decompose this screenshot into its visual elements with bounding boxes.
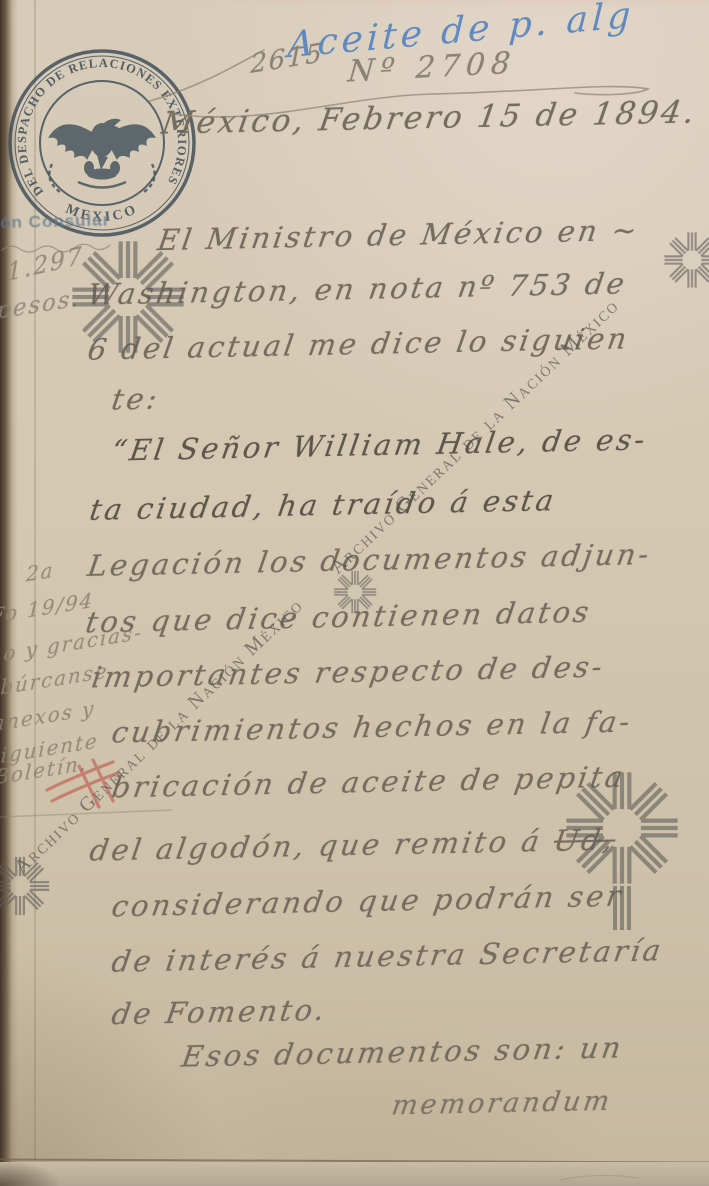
watermark-star-icon <box>664 232 709 287</box>
document-page: DEL DESPACHO DE RELACIONES EXTERIORES ME… <box>0 0 709 1186</box>
watermark-stars <box>0 0 709 1186</box>
watermark-star-icon <box>334 571 376 613</box>
watermark-star-icon <box>566 772 677 883</box>
watermark-star-tail <box>615 886 629 930</box>
watermark-star-icon <box>0 857 49 915</box>
watermark-star-icon <box>72 241 183 352</box>
